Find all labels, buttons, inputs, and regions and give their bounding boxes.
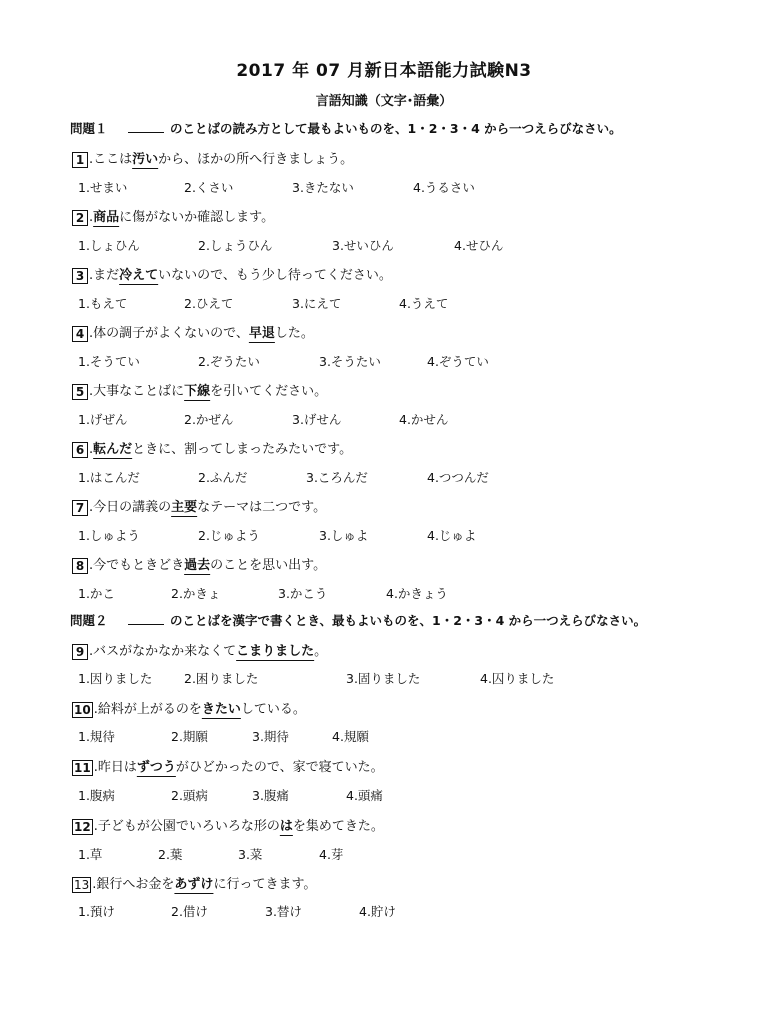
answer-option[interactable]: 2.かぜん [184, 410, 233, 428]
answer-option[interactable]: 2.くさい [184, 178, 233, 196]
target-word: こまりました [236, 644, 314, 659]
answer-option[interactable]: 4.かきょう [386, 584, 448, 602]
instruction-text: のことばの読み方として最もよいものを、1・2・3・4 から一つえらびなさい。 [170, 121, 622, 136]
answer-option[interactable]: 2.困りました [184, 669, 258, 687]
answer-option[interactable]: 3.しゅよ [319, 526, 368, 544]
question-text-post: に行ってきます。 [213, 877, 316, 892]
answer-option[interactable]: 4.規願 [332, 727, 369, 745]
question-6: 6.転んだときに、割ってしまったみたいです。 [72, 438, 352, 458]
question-text-pre: .体の調子がよくないので、 [89, 326, 249, 341]
question-3: 3.まだ冷えていないので、もう少し待ってください。 [72, 264, 392, 284]
answer-option[interactable]: 4.じゅよ [427, 526, 476, 544]
target-word: あずけ [174, 877, 213, 892]
answer-option[interactable]: 3.腹痛 [252, 786, 289, 804]
answer-option[interactable]: 1.かこ [78, 584, 115, 602]
target-word: 商品 [93, 210, 119, 225]
answer-option[interactable]: 3.期待 [252, 727, 289, 745]
target-word: 冷えて [119, 268, 158, 283]
question-text-pre: .今日の講義の [89, 500, 171, 515]
question-number-box: 1 [72, 152, 88, 168]
question-text-pre: .昨日は [94, 760, 137, 775]
exam-subtitle: 言語知識（文字･語彙） [0, 90, 768, 109]
question-text-pre: .給料が上がるのを [94, 702, 202, 717]
answer-option[interactable]: 2.ふんだ [198, 468, 247, 486]
answer-option[interactable]: 4.囚りました [480, 669, 554, 687]
answer-option[interactable]: 1.預け [78, 902, 115, 920]
answer-option[interactable]: 1.げぜん [78, 410, 127, 428]
answer-option[interactable]: 2.じゅよう [198, 526, 260, 544]
question-number-box: 9 [72, 644, 88, 660]
question-number-box: 13 [72, 877, 91, 893]
answer-option[interactable]: 3.かこう [278, 584, 327, 602]
answer-option[interactable]: 1.規待 [78, 727, 115, 745]
question-text-pre: .銀行へお金を [92, 877, 174, 892]
question-13: 13.銀行へお金をあずけに行ってきます。 [72, 873, 316, 893]
answer-option[interactable]: 1.腹病 [78, 786, 115, 804]
target-word: ずつう [137, 760, 176, 775]
answer-option[interactable]: 3.そうたい [319, 352, 381, 370]
answer-option[interactable]: 3.替け [265, 902, 302, 920]
question-11: 11.昨日はずつうがひどかったので、家で寝ていた。 [72, 756, 384, 776]
answer-option[interactable]: 3.にえて [292, 294, 341, 312]
question-text-post: している。 [241, 702, 306, 717]
question-text-post: のことを思い出す。 [210, 558, 326, 573]
question-number-box: 12 [72, 819, 93, 835]
section-label: 問題２ [70, 611, 128, 629]
answer-option[interactable]: 4.ぞうてい [427, 352, 489, 370]
question-4: 4.体の調子がよくないので、早退した。 [72, 322, 314, 342]
instruction-text: のことばを漢字で書くとき、最もよいものを、1・2・3・4 から一つえらびなさい。 [170, 613, 646, 628]
section-2-instruction: 問題２のことばを漢字で書くとき、最もよいものを、1・2・3・4 から一つえらびな… [70, 611, 646, 629]
question-12: 12.子どもが公園でいろいろな形のはを集めてきた。 [72, 815, 384, 835]
answer-option[interactable]: 3.きたない [292, 178, 354, 196]
answer-option[interactable]: 1.しょひん [78, 236, 140, 254]
answer-option[interactable]: 4.芽 [319, 845, 343, 863]
question-text-post: 。 [314, 644, 327, 659]
answer-option[interactable]: 4.つつんだ [427, 468, 489, 486]
question-10: 10.給料が上がるのをきたいしている。 [72, 698, 306, 718]
question-7: 7.今日の講義の主要なテーマは二つです。 [72, 496, 326, 516]
question-8: 8.今でもときどき過去のことを思い出す。 [72, 554, 326, 574]
section-label: 問題１ [70, 119, 128, 137]
target-word: は [280, 819, 293, 834]
target-word: 早退 [249, 326, 275, 341]
question-text-pre: .まだ [89, 268, 119, 283]
answer-option[interactable]: 2.借け [171, 902, 208, 920]
answer-option[interactable]: 4.うるさい [413, 178, 475, 196]
question-text-post: を集めてきた。 [293, 819, 384, 834]
answer-option[interactable]: 1.しゅよう [78, 526, 140, 544]
question-number-box: 2 [72, 210, 88, 226]
question-2: 2.商品に傷がないか確認します。 [72, 206, 274, 226]
question-number-box: 10 [72, 702, 93, 718]
answer-option[interactable]: 2.葉 [158, 845, 182, 863]
answer-option[interactable]: 3.げせん [292, 410, 341, 428]
question-text-post: がひどかったので、家で寝ていた。 [176, 760, 384, 775]
question-1: 1.ここは汚いから、ほかの所へ行きましょう。 [72, 148, 353, 168]
answer-option[interactable]: 4.せひん [454, 236, 503, 254]
answer-option[interactable]: 3.ころんだ [306, 468, 368, 486]
question-9: 9.バスがなかなか来なくてこまりました。 [72, 640, 327, 660]
answer-option[interactable]: 2.しょうひん [198, 236, 272, 254]
section-1-instruction: 問題１のことばの読み方として最もよいものを、1・2・3・4 から一つえらびなさい… [70, 119, 622, 137]
question-text-post: から、ほかの所へ行きましょう。 [158, 152, 353, 167]
question-number-box: 8 [72, 558, 88, 574]
question-number-box: 5 [72, 384, 88, 400]
answer-option[interactable]: 4.貯け [359, 902, 396, 920]
question-5: 5.大事なことばに下線を引いてください。 [72, 380, 327, 400]
target-word: 下線 [184, 384, 210, 399]
question-text-pre: .子どもが公園でいろいろな形の [94, 819, 280, 834]
answer-option[interactable]: 2.頭病 [171, 786, 208, 804]
question-text-pre: .バスがなかなか来なくて [89, 644, 236, 659]
question-text-post: いないので、もう少し待ってください。 [158, 268, 392, 283]
answer-option[interactable]: 4.頭痛 [346, 786, 383, 804]
answer-option[interactable]: 1.はこんだ [78, 468, 140, 486]
answer-option[interactable]: 2.ひえて [184, 294, 233, 312]
answer-option[interactable]: 2.ぞうたい [198, 352, 260, 370]
answer-option[interactable]: 1.せまい [78, 178, 127, 196]
answer-option[interactable]: 2.かきょ [171, 584, 220, 602]
answer-option[interactable]: 1.草 [78, 845, 102, 863]
question-number-box: 4 [72, 326, 88, 342]
answer-option[interactable]: 4.かせん [399, 410, 448, 428]
question-text-post: した。 [275, 326, 314, 341]
question-text-pre: .大事なことばに [89, 384, 184, 399]
question-number-box: 11 [72, 760, 93, 776]
answer-option[interactable]: 1.もえて [78, 294, 127, 312]
answer-option[interactable]: 1.そうてい [78, 352, 140, 370]
target-word: 汚い [132, 152, 158, 167]
answer-option[interactable]: 4.うえて [399, 294, 448, 312]
blank-line [128, 132, 164, 133]
target-word: 過去 [184, 558, 210, 573]
question-text-pre: .今でもときどき [89, 558, 184, 573]
answer-option[interactable]: 3.菜 [238, 845, 262, 863]
question-text-post: に傷がないか確認します。 [119, 210, 274, 225]
exam-title: 2017 年 07 月新日本語能力試験N3 [0, 56, 768, 81]
question-number-box: 3 [72, 268, 88, 284]
target-word: 主要 [171, 500, 197, 515]
target-word: 転んだ [93, 442, 132, 457]
question-text-post: なテーマは二つです。 [197, 500, 326, 515]
answer-option[interactable]: 2.期願 [171, 727, 208, 745]
answer-option[interactable]: 1.因りました [78, 669, 152, 687]
question-text-post: を引いてください。 [210, 384, 327, 399]
question-text-pre: .ここは [89, 152, 132, 167]
answer-option[interactable]: 3.固りました [346, 669, 420, 687]
question-number-box: 6 [72, 442, 88, 458]
question-text-post: ときに、割ってしまったみたいです。 [132, 442, 352, 457]
question-number-box: 7 [72, 500, 88, 516]
blank-line [128, 624, 164, 625]
answer-option[interactable]: 3.せいひん [332, 236, 394, 254]
target-word: きたい [202, 702, 241, 717]
